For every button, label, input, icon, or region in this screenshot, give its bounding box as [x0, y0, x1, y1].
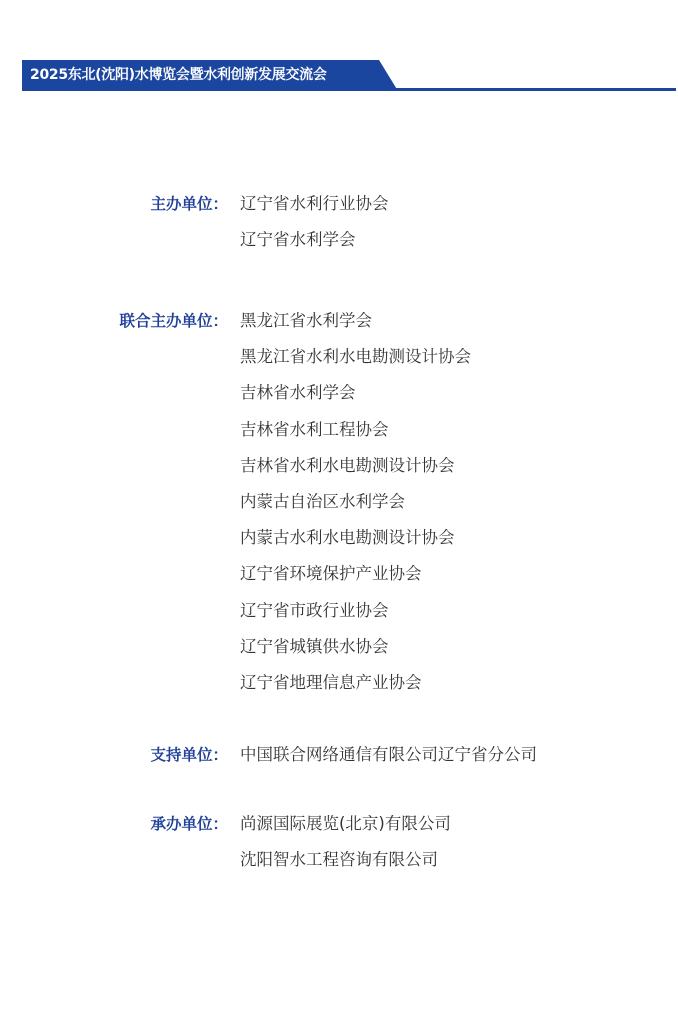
list-item: 辽宁省水利行业协会 — [240, 192, 389, 228]
entry-list: 辽宁省水利行业协会 辽宁省水利学会 — [240, 192, 389, 264]
list-item: 吉林省水利水电勘测设计协会 — [240, 454, 471, 490]
header-banner: 2025东北(沈阳)水博览会暨水利创新发展交流会 — [22, 60, 398, 91]
list-item: 中国联合网络通信有限公司辽宁省分公司 — [240, 743, 537, 779]
header-underline — [22, 88, 676, 91]
list-item: 辽宁省地理信息产业协会 — [240, 671, 471, 707]
list-item: 辽宁省环境保护产业协会 — [240, 562, 471, 598]
list-item: 内蒙古水利水电勘测设计协会 — [240, 526, 471, 562]
entry-list: 中国联合网络通信有限公司辽宁省分公司 — [240, 743, 537, 779]
page-title: 2025东北(沈阳)水博览会暨水利创新发展交流会 — [30, 60, 327, 91]
section-label: 支持单位： — [150, 743, 228, 767]
list-item: 黑龙江省水利学会 — [240, 309, 471, 345]
list-item: 辽宁省水利学会 — [240, 228, 389, 264]
section-label: 承办单位： — [150, 812, 228, 836]
list-item: 沈阳智水工程咨询有限公司 — [240, 848, 451, 884]
list-item: 黑龙江省水利水电勘测设计协会 — [240, 345, 471, 381]
section-label: 联合主办单位： — [119, 309, 228, 333]
list-item: 内蒙古自治区水利学会 — [240, 490, 471, 526]
list-item: 尚源国际展览(北京)有限公司 — [240, 812, 451, 848]
entry-list: 尚源国际展览(北京)有限公司 沈阳智水工程咨询有限公司 — [240, 812, 451, 884]
list-item: 吉林省水利工程协会 — [240, 418, 471, 454]
list-item: 辽宁省市政行业协会 — [240, 599, 471, 635]
entry-list: 黑龙江省水利学会 黑龙江省水利水电勘测设计协会 吉林省水利学会 吉林省水利工程协… — [240, 309, 471, 707]
list-item: 辽宁省城镇供水协会 — [240, 635, 471, 671]
section-label: 主办单位： — [150, 192, 228, 216]
list-item: 吉林省水利学会 — [240, 381, 471, 417]
